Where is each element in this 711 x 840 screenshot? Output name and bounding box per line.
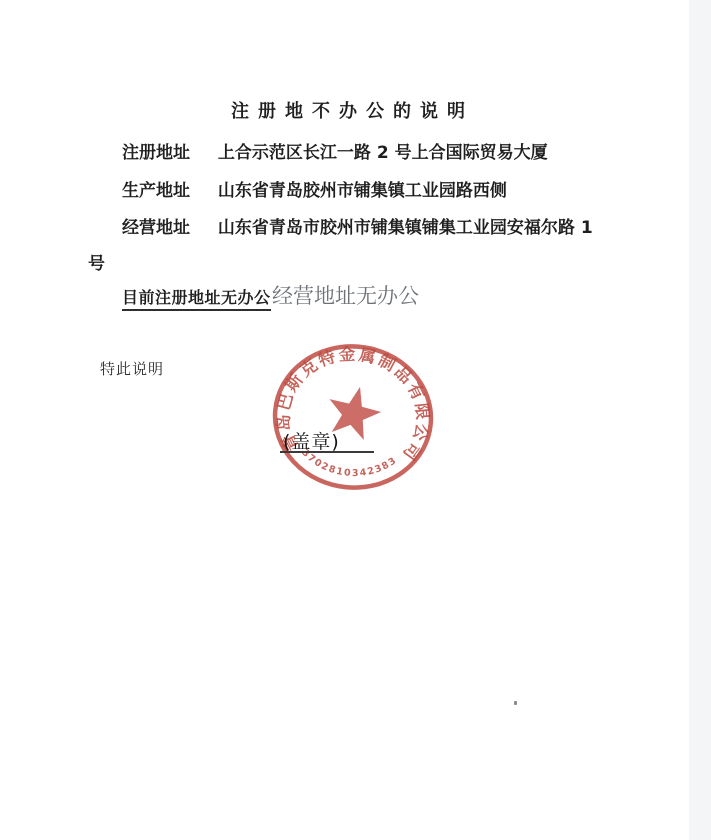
production-address-row: 生产地址 山东省青岛胶州市铺集镇工业园路西侧	[122, 176, 507, 201]
business-address-value: 山东省青岛市胶州市铺集镇铺集工业园安福尔路 1	[218, 218, 593, 238]
registered-address-label: 注册地址	[122, 138, 212, 163]
business-address-label: 经营地址	[122, 213, 212, 238]
scan-artifact-speck	[514, 701, 517, 705]
registered-address-row: 注册地址 上合示范区长江一路 2 号上合国际贸易大厦	[122, 138, 548, 163]
production-address-value: 山东省青岛胶州市铺集镇工业园路西侧	[218, 181, 507, 201]
production-address-label: 生产地址	[122, 176, 212, 201]
registered-address-value: 上合示范区长江一路 2 号上合国际贸易大厦	[218, 143, 548, 163]
scan-edge	[689, 0, 711, 840]
closing-statement: 特此说明	[100, 358, 164, 379]
company-seal-stamp: 青岛巴斯克特金属制品有限公司 3702810342383	[238, 302, 468, 532]
address-continuation: 号	[88, 249, 105, 274]
document-title: 注册地不办公的说明	[231, 97, 474, 123]
scanned-document-page: 注册地不办公的说明 注册地址 上合示范区长江一路 2 号上合国际贸易大厦 生产地…	[0, 0, 711, 840]
seal-caption-underline	[280, 451, 374, 453]
seal-caption: (盖章)	[283, 427, 340, 454]
business-address-row: 经营地址 山东省青岛市胶州市铺集镇铺集工业园安福尔路 1	[122, 213, 593, 238]
